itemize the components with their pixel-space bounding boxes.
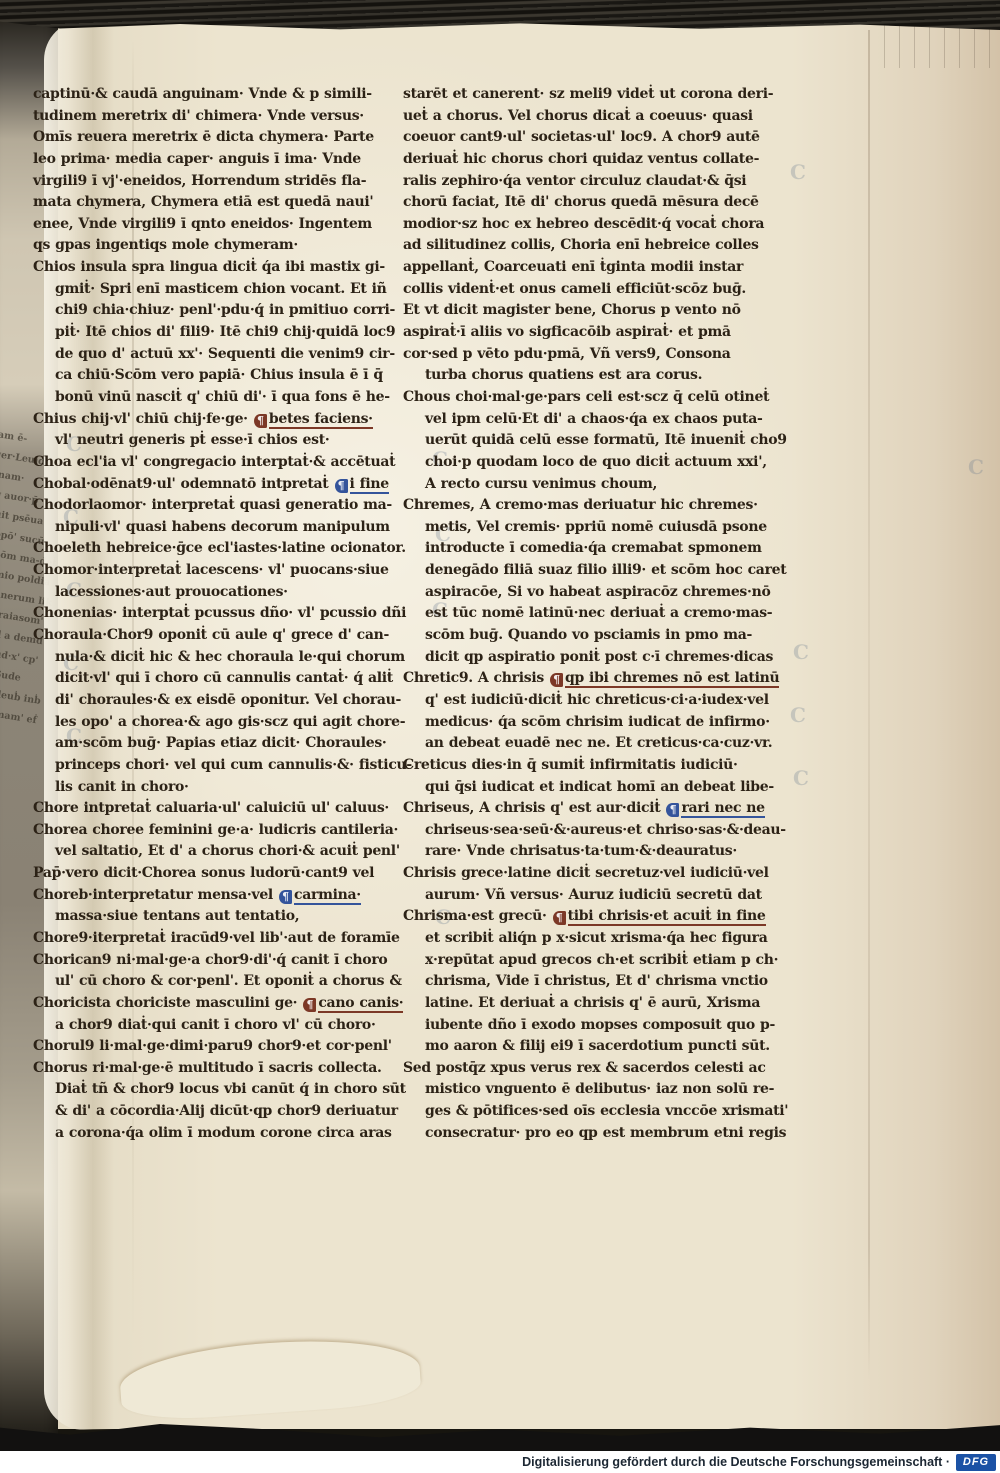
line-text: Chobal·odēnat9·ul' odemnatō intpretaṫ xyxy=(33,476,334,492)
text-line: q' est iudiciū·diciṫ hic chreticus·ci·a·… xyxy=(403,690,773,712)
text-line: Chomor·interpretaṫ lacescens· vl' puocan… xyxy=(33,560,389,582)
line-text: am·scōm buḡ· Papias etiaz dicit· Choraul… xyxy=(55,735,386,751)
line-text: Et vt dicit magister bene, Chorus p vent… xyxy=(403,302,741,318)
line-text: choi·p quodam loco de quo diciṫ actuum x… xyxy=(425,454,767,470)
line-text: Chius chij·vl' chiū chij·fe·ge· xyxy=(33,411,253,427)
line-text: metis, Vel cremis· ppriū nomē cuiusdā ps… xyxy=(425,519,767,535)
line-text: iubente dño ī exodo mopses composuit quo… xyxy=(425,1017,775,1033)
line-text: a corona·q́a olim ī modum corone circa a… xyxy=(55,1125,392,1141)
line-text: di' choraules·& ex eisdē oponitur. Vel c… xyxy=(55,692,401,708)
line-text: enee, Vnde virgili9 ī qnto eneidos· Inge… xyxy=(33,216,372,232)
paraph-mark: ¶ xyxy=(254,414,267,428)
line-text: a chor9 diaṫ·qui canit ī choro vl' cū ch… xyxy=(55,1017,376,1033)
text-line: ges & pōtifices·sed oīs ecclesia vnccōe … xyxy=(403,1101,773,1123)
text-line: Choricista choriciste masculini ge· ¶can… xyxy=(33,993,389,1015)
banner-text: Digitalisierung gefördert durch die Deut… xyxy=(522,1455,950,1469)
line-text: Choa ecl'ia vl' congregacio interptaṫ·& … xyxy=(33,454,395,470)
text-line: Pap̄·vero dicit·Chorea sonus ludorū·cant… xyxy=(33,863,389,885)
text-line: Diaṫ tñ & chor9 locus vbi canūt q́ in ch… xyxy=(33,1079,389,1101)
text-line: dicit·vl' qui ī choro cū cannulis cantaṫ… xyxy=(33,668,389,690)
paraph-mark: ¶ xyxy=(279,890,292,904)
text-line: lacessiones·aut prouocationes· xyxy=(33,582,389,604)
text-line: les opo' a chorea·& ago gis·scz qui agit… xyxy=(33,712,389,734)
paraph-mark: ¶ xyxy=(303,998,316,1012)
line-text: uerūt quidā celū esse formatū, Itē inuen… xyxy=(425,432,787,448)
line-text: Chremes, A cremo·mas deriuatur hic chrem… xyxy=(403,497,758,513)
text-line: & di' a cōcordia·Alij dicūt·qp chor9 der… xyxy=(33,1101,389,1123)
text-line: mistico vnguento ē delibutus· iaz non so… xyxy=(403,1079,773,1101)
line-text: scōm buḡ. Quando vo psciamis in pmo ma- xyxy=(425,627,752,643)
text-line: mata chymera, Chymera etiā est quedā nau… xyxy=(33,192,389,214)
line-text: vel ipm celū·Et di' a chaos·q́a ex chaos… xyxy=(425,411,762,427)
text-line: ul' cū choro & cor·penl'. Et oponiṫ a ch… xyxy=(33,971,389,993)
paraph-mark: ¶ xyxy=(553,911,566,925)
line-text: Chorea choree feminini ge·a· ludicris ca… xyxy=(33,822,398,838)
text-line: aspiracōe, Si vo habeat aspiracōz chreme… xyxy=(403,582,773,604)
text-line: est tūc nomē latinū·nec deriuaṫ a cremo·… xyxy=(403,603,773,625)
text-line: captinū·& caudā anguinam· Vnde & p simil… xyxy=(33,84,389,106)
line-text: massa·siue tentans aut tentatio, xyxy=(55,908,299,924)
text-line: Et vt dicit magister bene, Chorus p vent… xyxy=(403,300,773,322)
text-line: Chous choi·mal·ge·pars celi est·scz q̄ c… xyxy=(403,387,773,409)
line-text: Chorican9 ni·mal·ge·a chor9·di'·q́ canit… xyxy=(33,952,387,968)
line-text: chi9 chia·chiuz· penl'·pdu·q́ in pmitiuo… xyxy=(55,302,395,318)
line-text: Choreb·interpretatur mensa·vel xyxy=(33,887,278,903)
text-line: uerūt quidā celū esse formatū, Itē inuen… xyxy=(403,430,773,452)
paraph-mark: ¶ xyxy=(550,673,563,687)
line-text: medicus· q́a scōm chrisim iudicat de inf… xyxy=(425,714,770,730)
text-line: Chius chij·vl' chiū chij·fe·ge· ¶betes f… xyxy=(33,409,389,431)
text-line: Chriseus, A chrisis q' est aur·diciṫ ¶ra… xyxy=(403,798,773,820)
digitization-banner: Digitalisierung gefördert durch die Deut… xyxy=(0,1451,1000,1473)
line-text: rare· Vnde chrisatus·ta·tum·&·deauratus· xyxy=(425,843,737,859)
text-line: bonū vinū nasciṫ q' chiū di'· ī qua fons… xyxy=(33,387,389,409)
line-text: tudinem meretrix di' chimera· Vnde versu… xyxy=(33,108,364,124)
text-line: Chore intpretaṫ caluaria·ul' caluiciū ul… xyxy=(33,798,389,820)
text-line: virgili9 ī vj'·eneidos, Horrendum stridē… xyxy=(33,171,389,193)
line-text: coeuor cant9·ul' societas·ul' loc9. A ch… xyxy=(403,129,760,145)
line-text: Choraula·Chor9 oponiṫ cū aule q' grece d… xyxy=(33,627,389,643)
rubricated-gloss: qp ibi chremes nō est latinū xyxy=(565,670,779,688)
text-line: latine. Et deriuaṫ a chrisis q' ē aurū, … xyxy=(403,993,773,1015)
text-line: tudinem meretrix di' chimera· Vnde versu… xyxy=(33,106,389,128)
line-text: consecratur· pro eo qp est membrum etni … xyxy=(425,1125,786,1141)
text-line: rare· Vnde chrisatus·ta·tum·&·deauratus· xyxy=(403,841,773,863)
paraph-mark: ¶ xyxy=(666,803,679,817)
text-line: Chonenias· interptaṫ pcussus dño· vl' pc… xyxy=(33,603,389,625)
text-line: princeps chori· vel qui cum cannulis·&· … xyxy=(33,755,389,777)
line-text: Diaṫ tñ & chor9 locus vbi canūt q́ in ch… xyxy=(55,1081,406,1097)
text-line: chrisma, Vide ī christus, Et d' chrisma … xyxy=(403,971,773,993)
dfg-logo: DFG xyxy=(956,1454,996,1471)
line-text: ad silitudinez collis, Choria enī hebrei… xyxy=(403,237,759,253)
line-text: dicit qp aspiratio poniṫ post c·ī chreme… xyxy=(425,649,773,665)
line-text: Sed postq̄z xpus verus rex & sacerdos ce… xyxy=(403,1060,766,1076)
line-text: vl' neutri generis pṫ esse·ī chios est· xyxy=(55,432,329,448)
text-line: piṫ· Itē chios di' fili9· Itē chi9 chij·… xyxy=(33,322,389,344)
text-line: ca chiū·Scōm vero papiā· Chius insula ē … xyxy=(33,365,389,387)
line-text: et scribiṫ aliq́n p x·sicut xrisma·q́a h… xyxy=(425,930,768,946)
text-line: Chorican9 ni·mal·ge·a chor9·di'·q́ canit… xyxy=(33,950,389,972)
text-line: am·scōm buḡ· Papias etiaz dicit· Choraul… xyxy=(33,733,389,755)
line-text: aspiraṫ·ī aliis vo sigficacōib aspiraṫ· … xyxy=(403,324,731,340)
line-text: & di' a cōcordia·Alij dicūt·qp chor9 der… xyxy=(55,1103,398,1119)
line-text: collis videnṫ·et onus cameli efficiūt·sc… xyxy=(403,281,746,297)
text-line: qui q̄si iudicat et indicat homī an debe… xyxy=(403,777,773,799)
text-line: chorū faciat, Itē di' chorus quedā mēsur… xyxy=(403,192,773,214)
line-text: ralis zephiro·q́a ventor circuluz clauda… xyxy=(403,173,746,189)
line-text: aurum· Vñ versus· Auruz iudiciū secretū … xyxy=(425,887,762,903)
text-line: turba chorus quatiens est ara corus. xyxy=(403,365,773,387)
text-line: denegādo filiā suaz filio illi9· et scōm… xyxy=(403,560,773,582)
line-text: lis canit in choro· xyxy=(55,779,189,795)
text-line: chriseus·sea·seū·&·aureus·et chriso·sas·… xyxy=(403,820,773,842)
parchment-crease-right xyxy=(868,30,870,1380)
line-text: chorū faciat, Itē di' chorus quedā mēsur… xyxy=(403,194,759,210)
line-text: ul' cū choro & cor·penl'. Et oponiṫ a ch… xyxy=(55,973,402,989)
line-text: aspiracōe, Si vo habeat aspiracōz chreme… xyxy=(425,584,771,600)
text-line: collis videnṫ·et onus cameli efficiūt·sc… xyxy=(403,279,773,301)
text-line: starēt et canerent· sz meli9 videṫ ut co… xyxy=(403,84,773,106)
text-line: lis canit in choro· xyxy=(33,777,389,799)
line-text: an debeat euadē nec ne. Et creticus·ca·c… xyxy=(425,735,772,751)
text-line: coeuor cant9·ul' societas·ul' loc9. A ch… xyxy=(403,127,773,149)
line-text: cor·sed p vēto pdu·pmā, Vñ vers9, Conson… xyxy=(403,346,731,362)
line-text: dicit·vl' qui ī choro cū cannulis cantaṫ… xyxy=(55,670,393,686)
line-text: Chriseus, A chrisis q' est aur·diciṫ xyxy=(403,800,665,816)
text-line: Omīs reuera meretrix ē dicta chymera· Pa… xyxy=(33,127,389,149)
text-line: chi9 chia·chiuz· penl'·pdu·q́ in pmitiuo… xyxy=(33,300,389,322)
line-text: chriseus·sea·seū·&·aureus·et chriso·sas·… xyxy=(425,822,786,838)
text-line: Choreb·interpretatur mensa·vel ¶carmina· xyxy=(33,885,389,907)
text-line: vel saltatio, Et d' a chorus chori·& acu… xyxy=(33,841,389,863)
line-text: turba chorus quatiens est ara corus. xyxy=(425,367,702,383)
text-line: Choeleth hebreice·ḡce ecl'iastes·latine … xyxy=(33,538,389,560)
line-text: vel saltatio, Et d' a chorus chori·& acu… xyxy=(55,843,400,859)
text-column-left: captinū·& caudā anguinam· Vnde & p simil… xyxy=(33,84,389,1144)
line-text: ueṫ a chorus. Vel chorus dicaṫ a coeuus·… xyxy=(403,108,753,124)
text-line: di' choraules·& ex eisdē oponitur. Vel c… xyxy=(33,690,389,712)
line-text: q' est iudiciū·diciṫ hic chreticus·ci·a·… xyxy=(425,692,769,708)
line-text: starēt et canerent· sz meli9 videṫ ut co… xyxy=(403,86,773,102)
text-line: dicit qp aspiratio poniṫ post c·ī chreme… xyxy=(403,647,773,669)
rubricated-gloss: i fine xyxy=(350,476,389,494)
line-text: leo prima· media caper· anguis ī ima· Vn… xyxy=(33,151,361,167)
line-text: Choeleth hebreice·ḡce ecl'iastes·latine … xyxy=(33,540,406,556)
rubricated-gloss: tibi chrisis·et acuiṫ in fine xyxy=(568,908,766,926)
text-line: Creticus dies·in q̄ sumiṫ infirmitatis i… xyxy=(403,755,773,777)
bleed-through-letter: C xyxy=(790,160,806,184)
line-text: Chomor·interpretaṫ lacescens· vl' puocan… xyxy=(33,562,389,578)
text-line: introducte ī comedia·q́a cremabat spmone… xyxy=(403,538,773,560)
text-line: appellanṫ, Coarceuati enī ṫginta modii i… xyxy=(403,257,773,279)
text-line: Choraula·Chor9 oponiṫ cū aule q' grece d… xyxy=(33,625,389,647)
line-text: piṫ· Itē chios di' fili9· Itē chi9 chij·… xyxy=(55,324,395,340)
line-text: ges & pōtifices·sed oīs ecclesia vnccōe … xyxy=(425,1103,788,1119)
line-text: chrisma, Vide ī christus, Et d' chrisma … xyxy=(425,973,768,989)
line-text: modior·sz hoc ex hebreo descēdit·q́ voca… xyxy=(403,216,764,232)
text-line: iubente dño ī exodo mopses composuit quo… xyxy=(403,1015,773,1037)
line-text: Chonenias· interptaṫ pcussus dño· vl' pc… xyxy=(33,605,406,621)
text-line: Chodorlaomor· interpretaṫ quasi generati… xyxy=(33,495,389,517)
text-line: a corona·q́a olim ī modum corone circa a… xyxy=(33,1123,389,1145)
text-line: qs gpas ingentiqs mole chymeram· xyxy=(33,235,389,257)
line-text: Chore9·iterpretaṫ iracūd9·vel lib'·aut d… xyxy=(33,930,400,946)
text-line: consecratur· pro eo qp est membrum etni … xyxy=(403,1123,773,1145)
text-line: enee, Vnde virgili9 ī qnto eneidos· Inge… xyxy=(33,214,389,236)
line-text: Pap̄·vero dicit·Chorea sonus ludorū·cant… xyxy=(33,865,374,881)
line-text: bonū vinū nasciṫ q' chiū di'· ī qua fons… xyxy=(55,389,390,405)
line-text: captinū·& caudā anguinam· Vnde & p simil… xyxy=(33,86,372,102)
text-line: Chorus ri·mal·ge·ē multitudo ī sacris co… xyxy=(33,1058,389,1080)
text-line: nula·& diciṫ hic & hec choraula le·qui c… xyxy=(33,647,389,669)
text-line: Chios insula spra lingua diciṫ q́a ibi m… xyxy=(33,257,389,279)
line-text: Chorul9 li·mal·ge·dimi·paru9 chor9·et co… xyxy=(33,1038,392,1054)
line-text: Omīs reuera meretrix ē dicta chymera· Pa… xyxy=(33,129,374,145)
line-text: est tūc nomē latinū·nec deriuaṫ a cremo·… xyxy=(425,605,772,621)
text-line: massa·siue tentans aut tentatio, xyxy=(33,906,389,928)
line-text: qs gpas ingentiqs mole chymeram· xyxy=(33,237,298,253)
text-line: ralis zephiro·q́a ventor circuluz clauda… xyxy=(403,171,773,193)
line-text: deriuaṫ hic chorus chori quidaz ventus c… xyxy=(403,151,759,167)
text-line: Chretic9. A chrisis ¶qp ibi chremes nō e… xyxy=(403,668,773,690)
paraph-mark: ¶ xyxy=(335,479,348,493)
text-line: gmiṫ· Spri enī masticem chion vocant. Et… xyxy=(33,279,389,301)
text-line: mo aaron & filij ei9 ī sacerdotium punct… xyxy=(403,1036,773,1058)
line-text: princeps chori· vel qui cum cannulis·&· … xyxy=(55,757,412,773)
line-text: denegādo filiā suaz filio illi9· et scōm… xyxy=(425,562,786,578)
text-line: Choa ecl'ia vl' congregacio interptaṫ·& … xyxy=(33,452,389,474)
line-text: ca chiū·Scōm vero papiā· Chius insula ē … xyxy=(55,367,383,383)
bleed-through-letter: C xyxy=(793,766,809,790)
line-text: introducte ī comedia·q́a cremabat spmone… xyxy=(425,540,762,556)
text-line: medicus· q́a scōm chrisim iudicat de inf… xyxy=(403,712,773,734)
bleed-through-letter: C xyxy=(790,703,806,727)
line-text: Chrisis grece·latine diciṫ secretuz·vel … xyxy=(403,865,769,881)
text-line: ad silitudinez collis, Choria enī hebrei… xyxy=(403,235,773,257)
text-line: deriuaṫ hic chorus chori quidaz ventus c… xyxy=(403,149,773,171)
text-line: Chrisis grece·latine diciṫ secretuz·vel … xyxy=(403,863,773,885)
text-line: Sed postq̄z xpus verus rex & sacerdos ce… xyxy=(403,1058,773,1080)
text-line: aurum· Vñ versus· Auruz iudiciū secretū … xyxy=(403,885,773,907)
line-text: x·repūtat apud grecos ch·et scribiṫ etia… xyxy=(425,952,778,968)
text-line: Chorea choree feminini ge·a· ludicris ca… xyxy=(33,820,389,842)
text-line: Chore9·iterpretaṫ iracūd9·vel lib'·aut d… xyxy=(33,928,389,950)
line-text: Choricista choriciste masculini ge· xyxy=(33,995,302,1011)
text-line: scōm buḡ. Quando vo psciamis in pmo ma- xyxy=(403,625,773,647)
line-text: mistico vnguento ē delibutus· iaz non so… xyxy=(425,1081,774,1097)
text-line: et scribiṫ aliq́n p x·sicut xrisma·q́a h… xyxy=(403,928,773,950)
text-line: Chobal·odēnat9·ul' odemnatō intpretaṫ ¶i… xyxy=(33,474,389,496)
text-line: vl' neutri generis pṫ esse·ī chios est· xyxy=(33,430,389,452)
text-line: de quo d' actuū xx'· Sequenti die venim9… xyxy=(33,344,389,366)
text-line: an debeat euadē nec ne. Et creticus·ca·c… xyxy=(403,733,773,755)
line-text: Chore intpretaṫ caluaria·ul' caluiciū ul… xyxy=(33,800,389,816)
text-line: aspiraṫ·ī aliis vo sigficacōib aspiraṫ· … xyxy=(403,322,773,344)
bleed-through-letter: C xyxy=(793,640,809,664)
text-line: metis, Vel cremis· ppriū nomē cuiusdā ps… xyxy=(403,517,773,539)
line-text: lacessiones·aut prouocationes· xyxy=(55,584,288,600)
rubricated-gloss: carmina· xyxy=(294,887,361,905)
text-line: Chorul9 li·mal·ge·dimi·paru9 chor9·et co… xyxy=(33,1036,389,1058)
text-line: cor·sed p vēto pdu·pmā, Vñ vers9, Conson… xyxy=(403,344,773,366)
line-text: Creticus dies·in q̄ sumiṫ infirmitatis i… xyxy=(403,757,738,773)
line-text: mo aaron & filij ei9 ī sacerdotium punct… xyxy=(425,1038,770,1054)
line-text: Chodorlaomor· interpretaṫ quasi generati… xyxy=(33,497,392,513)
line-text: latine. Et deriuaṫ a chrisis q' ē aurū, … xyxy=(425,995,760,1011)
text-line: nipuli·vl' quasi habens decorum manipulu… xyxy=(33,517,389,539)
text-line: a chor9 diaṫ·qui canit ī choro vl' cū ch… xyxy=(33,1015,389,1037)
rubricated-gloss: betes faciens· xyxy=(269,411,373,429)
line-text: nipuli·vl' quasi habens decorum manipulu… xyxy=(55,519,390,535)
line-text: qui q̄si iudicat et indicat homī an debe… xyxy=(425,779,774,795)
line-text: Chorus ri·mal·ge·ē multitudo ī sacris co… xyxy=(33,1060,382,1076)
line-text: virgili9 ī vj'·eneidos, Horrendum stridē… xyxy=(33,173,366,189)
text-line: Chrisma·est grecū· ¶tibi chrisis·et acui… xyxy=(403,906,773,928)
line-text: Chretic9. A chrisis xyxy=(403,670,549,686)
line-text: gmiṫ· Spri enī masticem chion vocant. Et… xyxy=(55,281,387,297)
line-text: appellanṫ, Coarceuati enī ṫginta modii i… xyxy=(403,259,743,275)
text-line: choi·p quodam loco de quo diciṫ actuum x… xyxy=(403,452,773,474)
manuscript-scan-viewport: { "banner": { "text": "Digitalisierung g… xyxy=(0,0,1000,1473)
line-text: nula·& diciṫ hic & hec choraula le·qui c… xyxy=(55,649,405,665)
line-text: de quo d' actuū xx'· Sequenti die venim9… xyxy=(55,346,395,362)
rubricated-gloss: rari nec ne xyxy=(681,800,764,818)
text-line: modior·sz hoc ex hebreo descēdit·q́ voca… xyxy=(403,214,773,236)
line-text: mata chymera, Chymera etiā est quedā nau… xyxy=(33,194,373,210)
line-text: A recto cursu venimus choum, xyxy=(425,476,657,492)
bleed-through-letter: C xyxy=(968,455,984,479)
rubricated-gloss: cano canis· xyxy=(318,995,403,1013)
line-text: Chrisma·est grecū· xyxy=(403,908,552,924)
line-text: les opo' a chorea·& ago gis·scz qui agit… xyxy=(55,714,405,730)
text-column-right: starēt et canerent· sz meli9 videṫ ut co… xyxy=(403,84,773,1144)
text-line: vel ipm celū·Et di' a chaos·q́a ex chaos… xyxy=(403,409,773,431)
text-line: leo prima· media caper· anguis ī ima· Vn… xyxy=(33,149,389,171)
text-line: A recto cursu venimus choum, xyxy=(403,474,773,496)
text-line: Chremes, A cremo·mas deriuatur hic chrem… xyxy=(403,495,773,517)
text-line: x·repūtat apud grecos ch·et scribiṫ etia… xyxy=(403,950,773,972)
text-line: ueṫ a chorus. Vel chorus dicaṫ a coeuus·… xyxy=(403,106,773,128)
line-text: Chios insula spra lingua diciṫ q́a ibi m… xyxy=(33,259,385,275)
line-text: Chous choi·mal·ge·pars celi est·scz q̄ c… xyxy=(403,389,769,405)
